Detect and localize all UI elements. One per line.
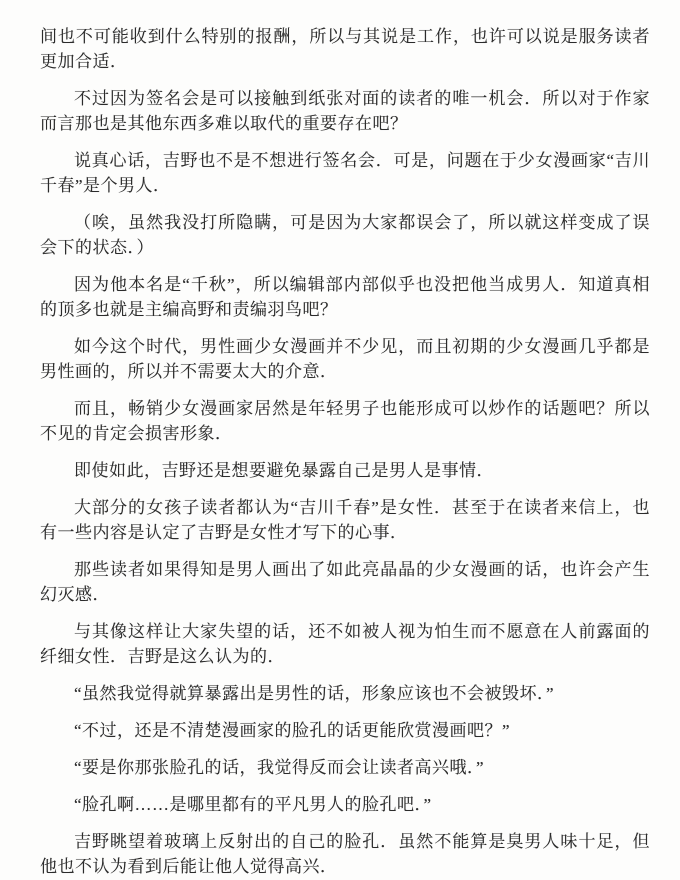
paragraph-2: 不过因为签名会是可以接触到纸张对面的读者的唯一机会．所以对于作家而言那也是其他东… [40, 86, 650, 136]
paragraph-8: 即使如此，吉野还是想要避免暴露自己是男人是事情． [40, 458, 650, 483]
paragraph-5: 因为他本名是“千秋”，所以编辑部内部似乎也没把他当成男人．知道真相的顶多也就是主… [40, 272, 650, 322]
paragraph-6: 如今这个时代，男性画少女漫画并不少见，而且初期的少女漫画几乎都是男性画的，所以并… [40, 334, 650, 384]
paragraph-14: “要是你那张脸孔的话，我觉得反而会让读者高兴哦．” [40, 755, 650, 780]
paragraph-9: 大部分的女孩子读者都认为“吉川千春”是女性．甚至于在读者来信上，也有一些内容是认… [40, 495, 650, 545]
paragraph-15: “脸孔啊……是哪里都有的平凡男人的脸孔吧．” [40, 792, 650, 817]
paragraph-7: 而且，畅销少女漫画家居然是年轻男子也能形成可以炒作的话题吧？所以不见的肯定会损害… [40, 396, 650, 446]
document-page: 间也不可能收到什么特别的报酬，所以与其说是工作，也许可以说是服务读者更加合适． … [0, 0, 680, 880]
paragraph-13: “不过，还是不清楚漫画家的脸孔的话更能欣赏漫画吧？” [40, 718, 650, 743]
paragraph-11: 与其像这样让大家失望的话，还不如被人视为怕生而不愿意在人前露面的纤细女性．吉野是… [40, 619, 650, 669]
paragraph-1: 间也不可能收到什么特别的报酬，所以与其说是工作，也许可以说是服务读者更加合适． [40, 24, 650, 74]
paragraph-10: 那些读者如果得知是男人画出了如此亮晶晶的少女漫画的话，也许会产生幻灭感． [40, 557, 650, 607]
paragraph-3: 说真心话，吉野也不是不想进行签名会．可是，问题在于少女漫画家“吉川千春”是个男人… [40, 148, 650, 198]
paragraph-16: 吉野眺望着玻璃上反射出的自己的脸孔．虽然不能算是臭男人味十足，但他也不认为看到后… [40, 829, 650, 879]
paragraph-12: “虽然我觉得就算暴露出是男性的话，形象应该也不会被毁坏．” [40, 681, 650, 706]
paragraph-4: （唉，虽然我没打所隐瞒，可是因为大家都误会了，所以就这样变成了误会下的状态．） [40, 210, 650, 260]
